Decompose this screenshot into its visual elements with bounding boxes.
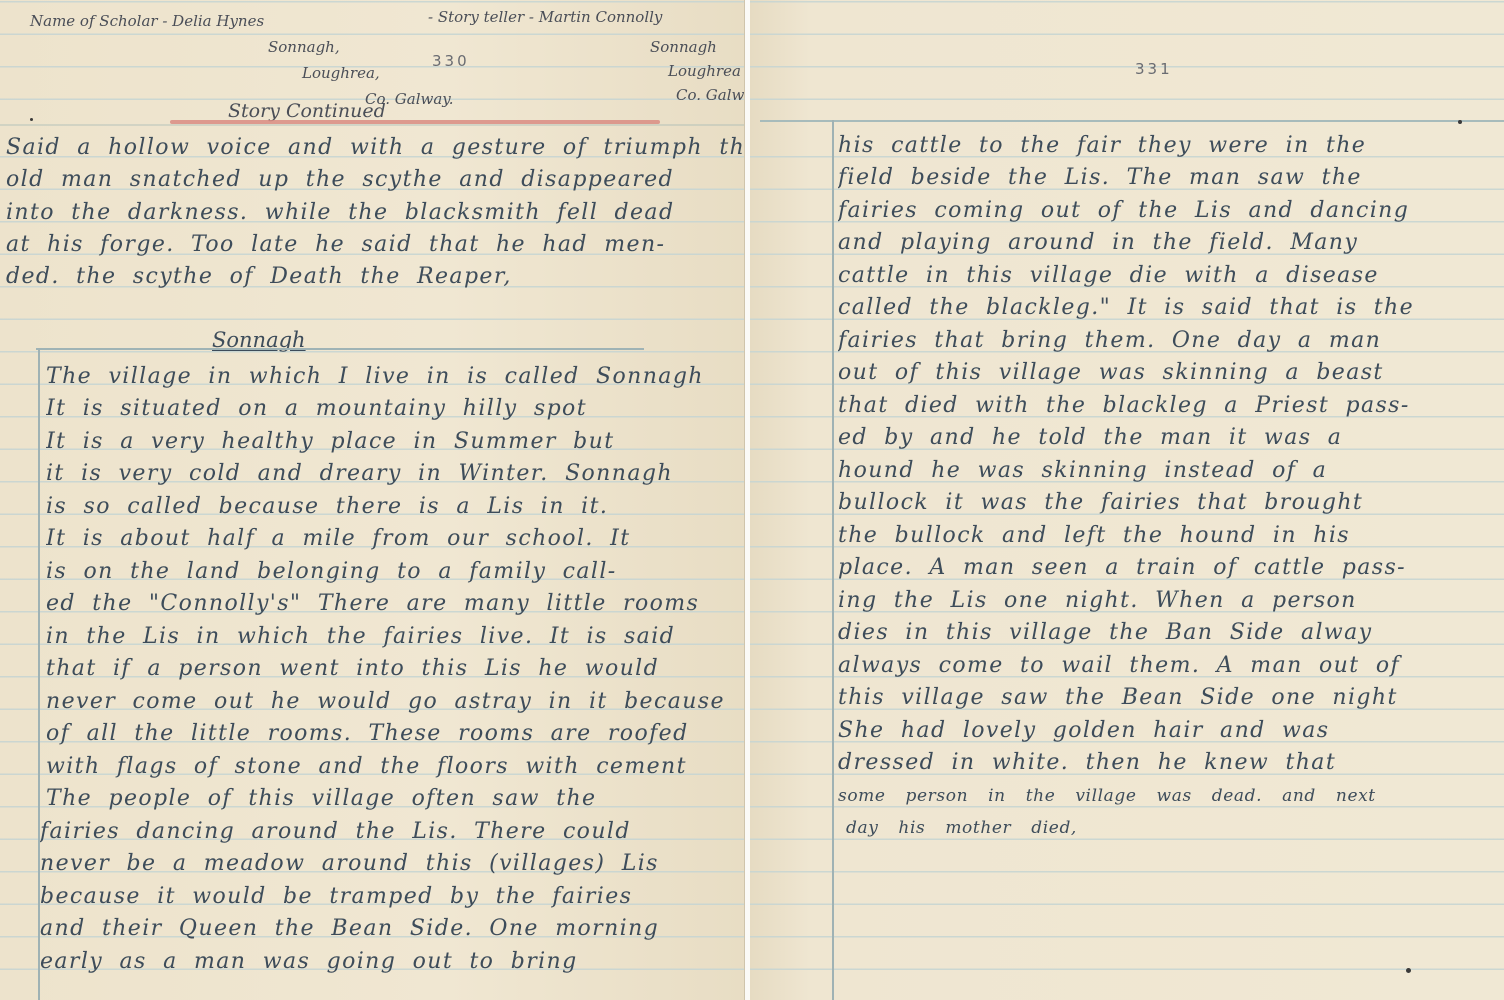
text-line: of all the little rooms. These rooms are… xyxy=(46,718,744,750)
top-rule xyxy=(0,124,744,126)
box-top-rule xyxy=(36,348,644,350)
text-line: ed by and he told the man it was a xyxy=(838,422,1504,454)
text-line: is so called because there is a Lis in i… xyxy=(46,491,744,523)
text-line: dies in this village the Ban Side alway xyxy=(838,617,1504,649)
ink-spot xyxy=(30,118,33,121)
teller-address-line-1: Sonnagh xyxy=(650,38,717,56)
text-line: some person in the village was dead. and… xyxy=(838,780,1504,812)
left-margin-line xyxy=(832,120,834,1000)
text-line: it is very cold and dreary in Winter. So… xyxy=(46,458,744,490)
text-line: and their Queen the Bean Side. One morni… xyxy=(40,913,744,945)
left-page: Name of Scholar - Delia Hynes - Story te… xyxy=(0,0,744,1000)
page-number-331: 331 xyxy=(1135,60,1173,78)
scholar-label: Name of Scholar - Delia Hynes xyxy=(30,12,264,30)
text-line: ded. the scythe of Death the Reaper, xyxy=(6,261,744,293)
text-line: Said a hollow voice and with a gesture o… xyxy=(6,132,744,164)
text-line: at his forge. Too late he said that he h… xyxy=(6,229,744,261)
text-line: always come to wail them. A man out of xyxy=(838,650,1504,682)
right-page: 331 his cattle to the fair they were in … xyxy=(750,0,1504,1000)
text-line: The people of this village often saw the xyxy=(46,783,744,815)
section-title: Story Continued xyxy=(228,100,386,122)
ink-spot xyxy=(1406,968,1411,973)
text-line: into the darkness. while the blacksmith … xyxy=(6,197,744,229)
scholar-address-line-1: Sonnagh, xyxy=(268,38,340,56)
text-line: with flags of stone and the floors with … xyxy=(46,751,744,783)
story-teller-label: - Story teller - Martin Connolly xyxy=(428,8,662,26)
text-line: early as a man was going out to bring xyxy=(40,946,744,978)
text-line: place. A man seen a train of cattle pass… xyxy=(838,552,1504,584)
text-line: in the Lis in which the fairies live. It… xyxy=(46,621,744,653)
text-line: called the blackleg." It is said that is… xyxy=(838,292,1504,324)
text-line: that died with the blackleg a Priest pas… xyxy=(838,390,1504,422)
text-line: dressed in white. then he knew that xyxy=(838,747,1504,779)
text-line: out of this village was skinning a beast xyxy=(838,357,1504,389)
text-line: It is situated on a mountainy hilly spot xyxy=(46,393,744,425)
text-line: The village in which I live in is called… xyxy=(46,361,744,393)
text-line: that if a person went into this Lis he w… xyxy=(46,653,744,685)
text-line: cattle in this village die with a diseas… xyxy=(838,260,1504,292)
text-line: because it would be tramped by the fairi… xyxy=(40,881,744,913)
teller-address-line-3: Co. Galway xyxy=(676,86,744,104)
text-line: day his mother died, xyxy=(846,812,1504,844)
text-line: ing the Lis one night. When a person xyxy=(838,585,1504,617)
text-line: fairies dancing around the Lis. There co… xyxy=(40,816,744,848)
text-line: fairies that bring them. One day a man xyxy=(838,325,1504,357)
ink-spot xyxy=(1458,120,1462,124)
scholar-address-line-2: Loughrea, xyxy=(302,64,380,82)
page-number-330: 330 xyxy=(432,52,470,70)
text-line: never come out he would go astray in it … xyxy=(46,686,744,718)
text-line: hound he was skinning instead of a xyxy=(838,455,1504,487)
text-line: his cattle to the fair they were in the xyxy=(838,130,1504,162)
text-line: the bullock and left the hound in his xyxy=(838,520,1504,552)
text-line: It is about half a mile from our school.… xyxy=(46,523,744,555)
text-line: fairies coming out of the Lis and dancin… xyxy=(838,195,1504,227)
text-line: It is a very healthy place in Summer but xyxy=(46,426,744,458)
text-line: field beside the Lis. The man saw the xyxy=(838,162,1504,194)
text-line: bullock it was the fairies that brought xyxy=(838,487,1504,519)
text-line: never be a meadow around this (villages)… xyxy=(40,848,744,880)
text-line: She had lovely golden hair and was xyxy=(838,715,1504,747)
text-line: ed the "Connolly's" There are many littl… xyxy=(46,588,744,620)
text-line: is on the land belonging to a family cal… xyxy=(46,556,744,588)
top-rule xyxy=(760,120,1504,122)
teller-address-line-2: Loughrea xyxy=(668,62,741,80)
text-line: and playing around in the field. Many xyxy=(838,227,1504,259)
text-line: this village saw the Bean Side one night xyxy=(838,682,1504,714)
text-line: old man snatched up the scythe and disap… xyxy=(6,164,744,196)
